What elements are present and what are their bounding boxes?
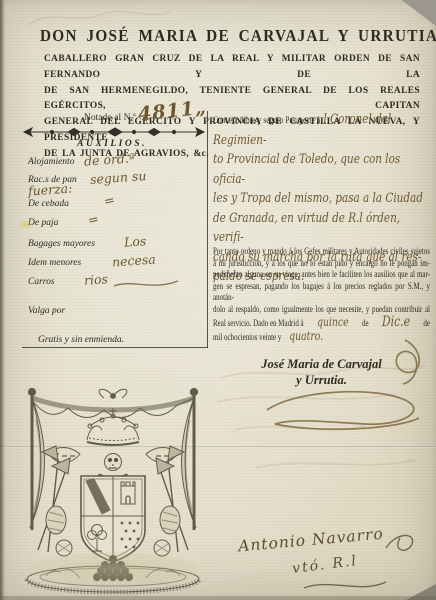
handwritten-line: to Provincial de Toledo, que con los ofi… [213, 150, 431, 189]
paper-stain [28, 552, 198, 586]
ornament-divider [22, 126, 206, 138]
date-prefix: Real servicio. Dado en Madrid á [213, 318, 304, 330]
column-divider-line [207, 111, 208, 348]
clause-line: á mi jurisdiccion, y á los que no lo est… [213, 258, 430, 270]
auxilios-row: De cebada = [28, 199, 204, 215]
auxilios-value-handwritten: segun su [90, 168, 147, 187]
auxilios-row: Idem menores necesa [28, 258, 204, 274]
auxilios-value-handwritten: necesa [112, 251, 157, 269]
auxilios-value-handwritten: rios [84, 271, 109, 288]
auxilios-value-handwritten: Los [124, 233, 147, 250]
auxilios-row: Valga por [28, 306, 204, 322]
date-month-handwritten: Dic.e [382, 317, 410, 329]
auxilios-label: Bagages mayores [28, 239, 95, 249]
auxilios-label: De paja [28, 218, 58, 228]
ink-bleedthrough [215, 350, 430, 490]
auxilios-value-handwritten: de ord.ª [84, 150, 136, 169]
auxilios-label: Alojamiento [28, 157, 74, 167]
photo-edge-left [0, 0, 5, 600]
registry-label: Notado al N.º [84, 113, 136, 123]
auxilios-value-handwritten: fuerza: [28, 180, 73, 198]
clause-line: pedimento alguno en su viage, antes bien… [213, 269, 430, 281]
handwritten-line: de Granada, en virtud de R.l órden, veri… [213, 209, 431, 248]
auxilios-heading: AUXILIOS. [24, 139, 200, 149]
handwritten-line: les y Tropa del mismo, pasa a la Ciudad [213, 189, 431, 209]
auxilios-label: De cebada [28, 199, 69, 209]
auxilios-row: Bagages mayores Los [28, 239, 204, 255]
subtitle-line: CABALLERO GRAN CRUZ DE LA REAL Y MILITAR… [44, 52, 420, 84]
paper-stain [20, 220, 32, 229]
pen-flourish [112, 277, 182, 291]
document-photo: DON JOSÉ MARIA DE CARVAJAL Y URRUTIA, CA… [0, 0, 436, 600]
date-de: de [362, 318, 369, 330]
handwritten-line: Concedo libre y seguro Pasaporte á l Cor… [213, 110, 431, 150]
footer-rubric-flourish [382, 528, 430, 558]
auxilios-label: Gratis y sin enmienda. [38, 335, 124, 345]
date-de: de [423, 318, 430, 330]
auxilios-row: Gratis y sin enmienda. [38, 335, 214, 351]
clause-line: gen se espresan, pagando los bagajes á l… [213, 281, 430, 304]
date-line: Real servicio. Dado en Madrid á quince d… [213, 317, 430, 330]
footer-underline-flourish [300, 576, 390, 596]
auxilios-label: Carros [28, 277, 55, 287]
document-title: DON JOSÉ MARIA DE CARVAJAL Y URRUTIA, [40, 26, 418, 46]
auxilios-label: Idem menores [28, 258, 81, 268]
photo-edge-bottom [0, 596, 436, 600]
date-day-handwritten: quince [317, 317, 349, 329]
clause-paragraph: Por tanto ordeno y mando á los Gefes mil… [213, 246, 430, 344]
pass-intro-printed: Concedo libre y seguro Pasaporte á [213, 115, 320, 125]
auxilios-row: De paja = [28, 218, 204, 234]
auxilios-label: Valga por [28, 306, 65, 316]
clause-line: Por tanto ordeno y mando á los Gefes mil… [213, 246, 430, 258]
auxilios-row: Carros rios [28, 277, 204, 293]
